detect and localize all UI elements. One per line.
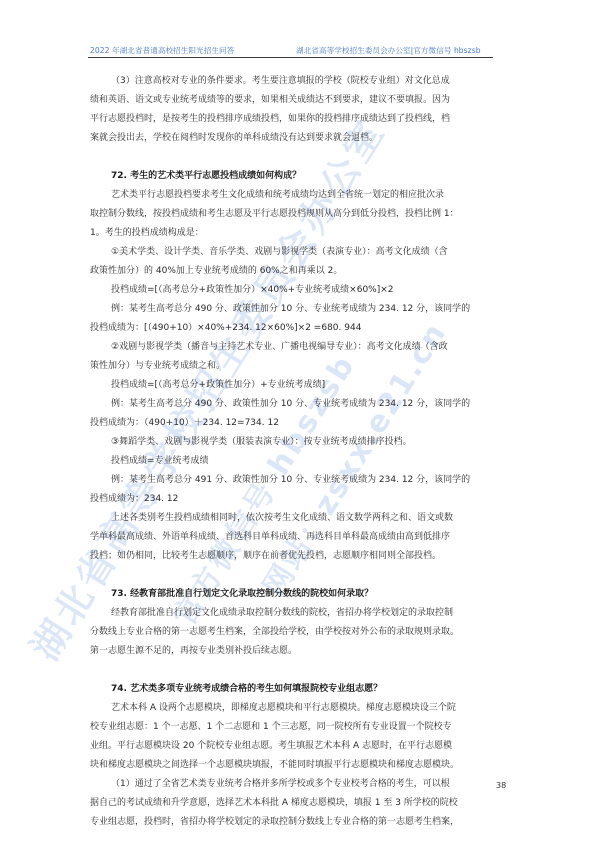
text-line: （1）通过了全省艺术类专业统考合格并多所学校或多个专业校考合格的考生，可以根 bbox=[90, 775, 505, 794]
page-number: 38 bbox=[496, 781, 506, 790]
text-line: 第一志愿生源不足的，再按专业类别补投后续志愿。 bbox=[90, 642, 505, 661]
text-line: 例：某考生高考总分 490 分、政策性加分 10 分、专业统考成绩为 234. … bbox=[90, 395, 505, 414]
text-line: 上述各类别考生投档成绩相同时，依次按考生文化成绩、语文数学两科之和、语文或数 bbox=[90, 509, 505, 528]
text-line: 例：某考生高考总分 490 分、政策性加分 10 分、专业统考成绩为 234. … bbox=[90, 300, 505, 319]
text-line: 块和梯度志愿模块之间选择一个志愿模块填报，不能同时填报平行志愿模块和梯度志愿模块… bbox=[90, 756, 505, 775]
text-line: 专业组志愿，投档时，省招办将学校划定的录取控制分数线上专业合格的第一志愿考生档案… bbox=[90, 813, 505, 832]
text-line: 投档成绩为：234. 12 bbox=[90, 490, 505, 509]
paragraph-gap bbox=[90, 566, 505, 585]
header-publisher: 湖北省高等学校招生委员会办公室|官方微信号 hbszsb bbox=[296, 45, 481, 56]
text-line: ③舞蹈学类、戏剧与影视学类（服装表演专业）：按专业统考成绩排序投档。 bbox=[90, 433, 505, 452]
text-line: （3）注意高校对专业的条件要求。考生要注意填报的学校（院校专业组）对文化总成 bbox=[90, 72, 505, 91]
text-line: 投档成绩为：[（490+10）×40%+234. 12×60%]×2 =680.… bbox=[90, 319, 505, 338]
text-line: 投档成绩=专业统考成绩 bbox=[90, 452, 505, 471]
page-header: 2022 年湖北省普通高校招生阳光招生问答 湖北省高等学校招生委员会办公室|官方… bbox=[88, 43, 493, 58]
question-heading: 74. 艺术类多项专业统考成绩合格的考生如何填报院校专业组志愿？ bbox=[90, 680, 505, 699]
question-heading: 73. 经教育部批准自行划定文化录取控制分数线的院校如何录取？ bbox=[90, 585, 505, 604]
text-line: 案就会投出去，学校在阅档时发现你的单科成绩没有达到要求就会退档。 bbox=[90, 129, 505, 148]
question-heading: 72. 考生的艺术类平行志愿投档成绩如何构成？ bbox=[90, 167, 505, 186]
text-line: 1。考生的投档成绩构成是： bbox=[90, 224, 505, 243]
paragraph-gap bbox=[90, 148, 505, 167]
document-page: 2022 年湖北省普通高校招生阳光招生问答 湖北省高等学校招生委员会办公室|官方… bbox=[0, 0, 595, 841]
text-line: ②戏剧与影视学类（播音与主持艺术专业、广播电视编导专业）：高考文化成绩（含政 bbox=[90, 338, 505, 357]
text-line: 学单科最高成绩、外语单科成绩、首选科目单科成绩、再选科目单科最高成绩由高到低排序 bbox=[90, 528, 505, 547]
text-line: 投档；如仍相同，比较考生志愿顺序，顺序在前者优先投档，志愿顺序相同则全部投档。 bbox=[90, 547, 505, 566]
text-line: ①美术学类、设计学类、音乐学类、戏剧与影视学类（表演专业）：高考文化成绩（含 bbox=[90, 243, 505, 262]
text-line: 例：某考生高考总分 491 分、政策性加分 10 分、专业统考成绩为 234. … bbox=[90, 471, 505, 490]
text-line: 校专业组志愿：1 个一志愿、1 个二志愿和 1 个三志愿，同一院校所有专业设置一… bbox=[90, 718, 505, 737]
text-line: 取控制分数线，按投档成绩和考生志愿及平行志愿投档规则从高分到低分投档，投档比例 … bbox=[90, 205, 505, 224]
header-title: 2022 年湖北省普通高校招生阳光招生问答 bbox=[90, 45, 234, 56]
text-line: 政策性加分）的 40%加上专业统考成绩的 60%之和再乘以 2。 bbox=[90, 262, 505, 281]
text-line: 策性加分）与专业统考成绩之和。 bbox=[90, 357, 505, 376]
text-line: 投档成绩=[（高考总分+政策性加分）×40%+专业统考成绩×60%]×2 bbox=[90, 281, 505, 300]
text-line: 平行志愿投档时，是按考生的投档排序成绩投档，如果你的投档排序成绩达到了投档线，档 bbox=[90, 110, 505, 129]
document-body: （3）注意高校对专业的条件要求。考生要注意填报的学校（院校专业组）对文化总成绩和… bbox=[90, 72, 505, 832]
text-line: 艺术本科 A 设两个志愿模块，即梯度志愿模块和平行志愿模块。梯度志愿模块设三个院 bbox=[90, 699, 505, 718]
text-line: 艺术类平行志愿投档要求考生文化成绩和统考成绩均达到全省统一划定的相应批次录 bbox=[90, 186, 505, 205]
text-line: 经教育部批准自行划定文化成绩录取控制分数线的院校，省招办将学校划定的录取控制 bbox=[90, 604, 505, 623]
text-line: 业组。平行志愿模块设 20 个院校专业组志愿。考生填报艺术本科 A 志愿时，在平… bbox=[90, 737, 505, 756]
text-line: 投档成绩=[（高考总分+政策性加分）+专业统考成绩] bbox=[90, 376, 505, 395]
paragraph-gap bbox=[90, 661, 505, 680]
text-line: 绩和英语、语文或专业统考成绩等的要求，如果相关成绩达不到要求，建议不要填报。因为 bbox=[90, 91, 505, 110]
text-line: 据自己的考试成绩和升学意愿，选择艺术本科批 A 梯度志愿模块，填报 1 至 3 … bbox=[90, 794, 505, 813]
text-line: 投档成绩为：（490+10）＋234. 12=734. 12 bbox=[90, 414, 505, 433]
text-line: 分数线上专业合格的第一志愿考生档案，全部投给学校，由学校按对外公布的录取规则录取… bbox=[90, 623, 505, 642]
